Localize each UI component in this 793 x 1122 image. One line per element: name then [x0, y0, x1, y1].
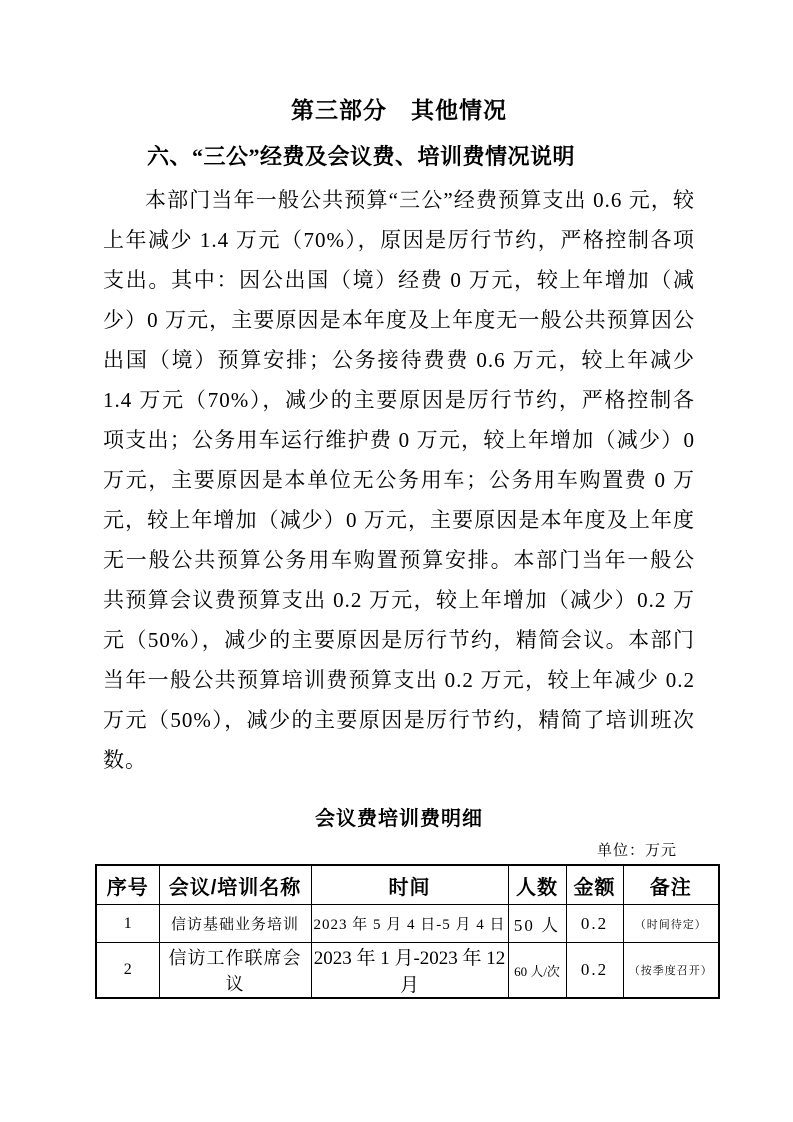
col-header-people: 人数: [508, 865, 566, 905]
cell-time: 2023 年 1 月-2023 年 12 月: [311, 943, 508, 999]
cell-time: 2023 年 5 月 4 日-5 月 4 日: [311, 905, 508, 943]
cell-remark: （时间待定）: [623, 905, 719, 943]
table-row: 1 信访基础业务培训 2023 年 5 月 4 日-5 月 4 日 50 人 0…: [96, 905, 719, 943]
page-title: 第三部分 其他情况: [103, 96, 695, 126]
cell-seq: 2: [96, 943, 159, 999]
table-row: 2 信访工作联席会议 2023 年 1 月-2023 年 12 月 60 人/次…: [96, 943, 719, 999]
detail-table: 序号 会议/培训名称 时间 人数 金额 备注 1 信访基础业务培训 2023 年…: [95, 864, 720, 999]
unit-note: 单位：万元: [103, 839, 695, 860]
cell-remark: （按季度召开）: [623, 943, 719, 999]
table-header-row: 序号 会议/培训名称 时间 人数 金额 备注: [96, 865, 719, 905]
cell-name: 信访基础业务培训: [159, 905, 311, 943]
cell-name: 信访工作联席会议: [159, 943, 311, 999]
col-header-remark: 备注: [623, 865, 719, 905]
document-page: 第三部分 其他情况 六、“三公”经费及会议费、培训费情况说明 本部门当年一般公共…: [0, 0, 793, 1122]
body-paragraph: 本部门当年一般公共预算“三公”经费预算支出 0.6 元，较上年减少 1.4 万元…: [103, 180, 695, 780]
table-title: 会议费培训费明细: [103, 802, 695, 831]
cell-people: 50 人: [508, 905, 566, 943]
col-header-seq: 序号: [96, 865, 159, 905]
cell-seq: 1: [96, 905, 159, 943]
col-header-time: 时间: [311, 865, 508, 905]
col-header-amount: 金额: [566, 865, 623, 905]
cell-amount: 0.2: [566, 943, 623, 999]
section-heading: 六、“三公”经费及会议费、培训费情况说明: [103, 142, 695, 172]
cell-amount: 0.2: [566, 905, 623, 943]
col-header-name: 会议/培训名称: [159, 865, 311, 905]
cell-people: 60 人/次: [508, 943, 566, 999]
